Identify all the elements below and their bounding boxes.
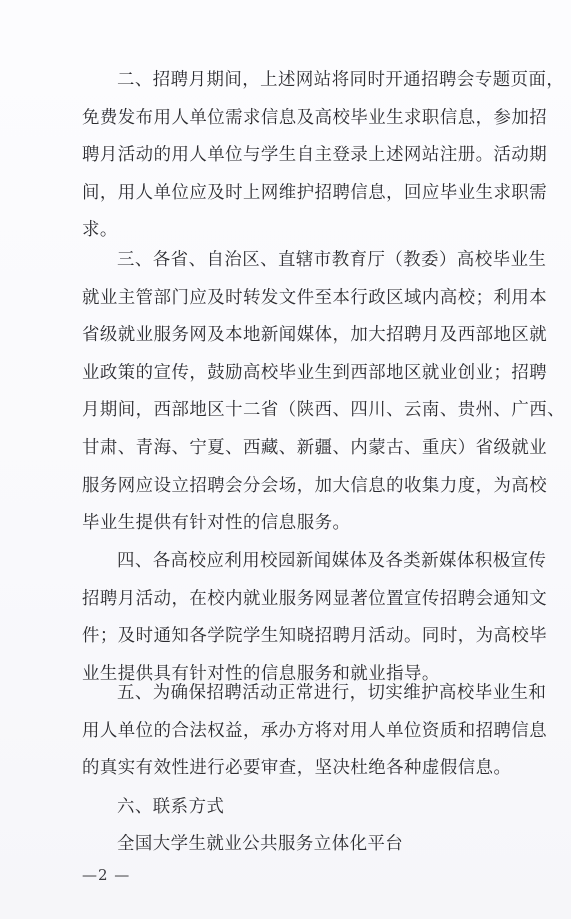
text-line: 全国大学生就业公共服务立体化平台 — [82, 826, 494, 864]
paragraph-item-4: 四、各高校应利用校园新闻媒体及各类新媒体积极宣传 招聘月活动，在校内就业服务网显… — [82, 543, 494, 693]
text-line: 二、招聘月期间，上述网站将同时开通招聘会专题页面， — [82, 62, 494, 100]
text-line: 五、为确保招聘活动正常进行，切实维护高校毕业生和 — [82, 675, 494, 713]
text-line: 件；及时通知各学院学生知晓招聘月活动。同时，为高校毕 — [82, 618, 494, 656]
document-page: 二、招聘月期间，上述网站将同时开通招聘会专题页面， 免费发布用人单位需求信息及高… — [0, 0, 571, 919]
text-line: 间，用人单位应及时上网维护招聘信息，回应毕业生求职需 — [82, 175, 494, 213]
text-line: 招聘月活动，在校内就业服务网显著位置宣传招聘会通知文 — [82, 581, 494, 619]
text-line: 就业主管部门应及时转发文件至本行政区域内高校；利用本 — [82, 280, 494, 318]
text-line: 省级就业服务网及本地新闻媒体，加大招聘月及西部地区就 — [82, 317, 494, 355]
text-line: 的真实有效性进行必要审查，坚决杜绝各种虚假信息。 — [82, 750, 494, 788]
text-line: 免费发布用人单位需求信息及高校毕业生求职信息，参加招 — [82, 100, 494, 138]
text-line: 毕业生提供有针对性的信息服务。 — [82, 505, 494, 543]
paragraph-item-2: 二、招聘月期间，上述网站将同时开通招聘会专题页面， 免费发布用人单位需求信息及高… — [82, 62, 494, 250]
text-line: 月期间，西部地区十二省（陕西、四川、云南、贵州、广西、 — [82, 392, 494, 430]
paragraph-contact-platform: 全国大学生就业公共服务立体化平台 — [82, 826, 494, 864]
text-line: 用人单位的合法权益，承办方将对用人单位资质和招聘信息 — [82, 713, 494, 751]
section-heading: 六、联系方式 — [82, 789, 494, 827]
text-line: 甘肃、青海、宁夏、西藏、新疆、内蒙古、重庆）省级就业 — [82, 430, 494, 468]
paragraph-item-6: 六、联系方式 — [82, 789, 494, 827]
text-line: 服务网应设立招聘会分会场，加大信息的收集力度，为高校 — [82, 468, 494, 506]
text-line: 业政策的宣传，鼓励高校毕业生到西部地区就业创业；招聘 — [82, 355, 494, 393]
text-line: 三、各省、自治区、直辖市教育厅（教委）高校毕业生 — [82, 242, 494, 280]
text-line: 聘月活动的用人单位与学生自主登录上述网站注册。活动期 — [82, 137, 494, 175]
text-line: 四、各高校应利用校园新闻媒体及各类新媒体积极宣传 — [82, 543, 494, 581]
page-number: —2 — — [82, 866, 130, 884]
paragraph-item-3: 三、各省、自治区、直辖市教育厅（教委）高校毕业生 就业主管部门应及时转发文件至本… — [82, 242, 494, 543]
paragraph-item-5: 五、为确保招聘活动正常进行，切实维护高校毕业生和 用人单位的合法权益，承办方将对… — [82, 675, 494, 788]
